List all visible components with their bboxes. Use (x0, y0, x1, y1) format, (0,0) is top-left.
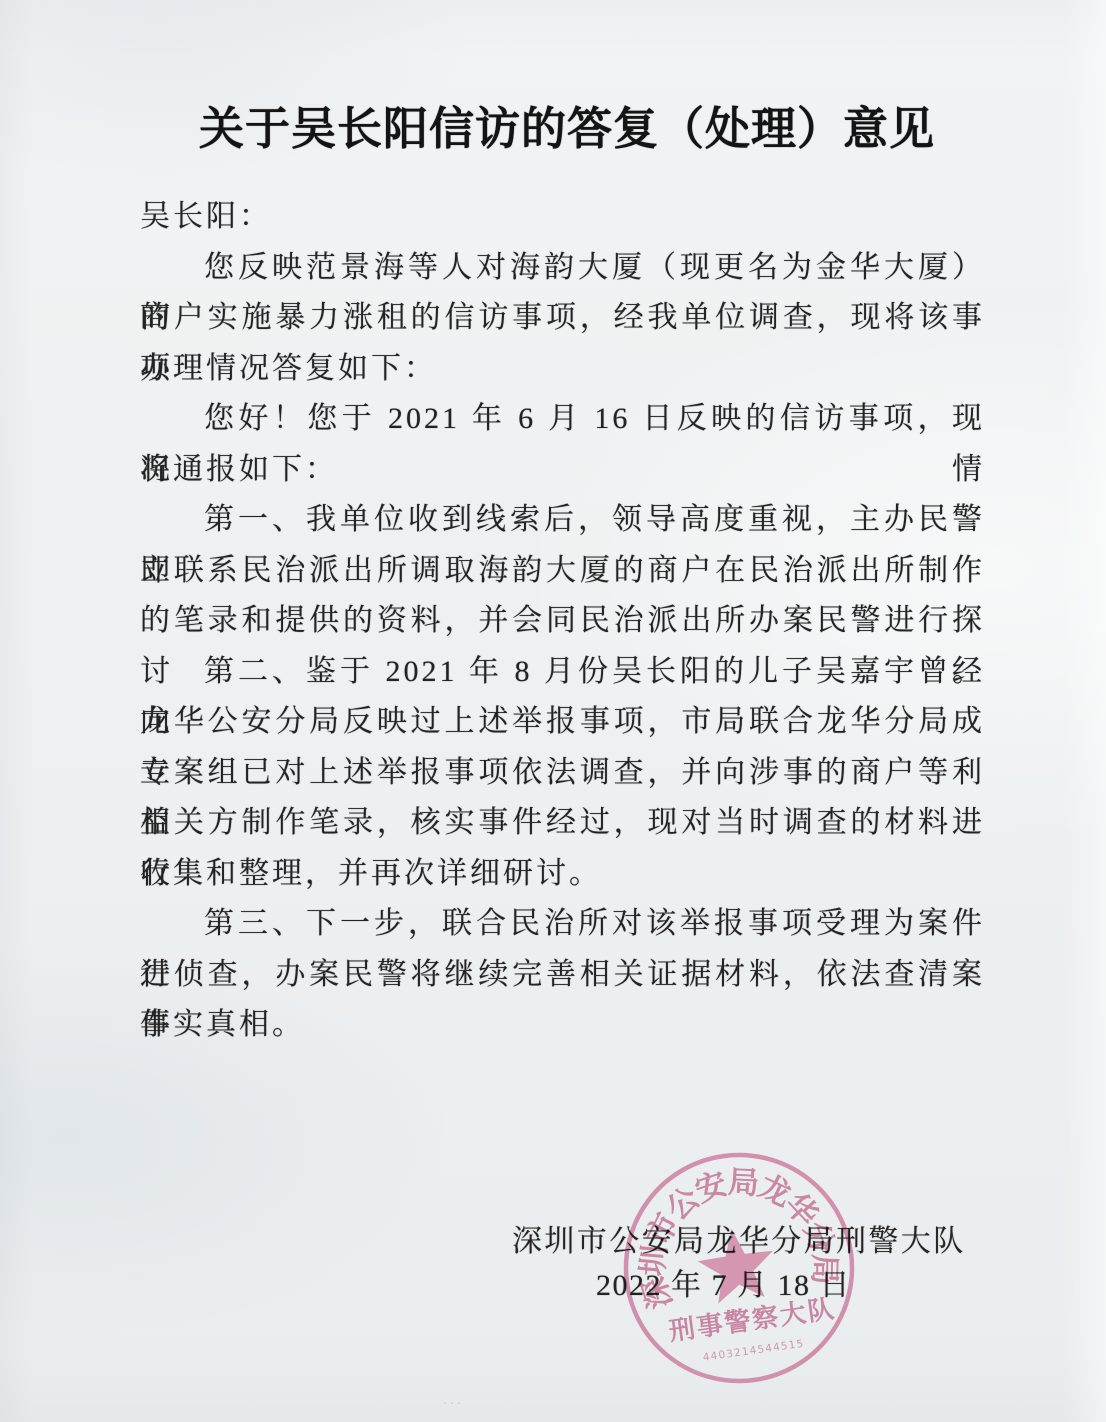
body-line: 办理情况答复如下： (140, 344, 985, 395)
signature-unit: 深圳市公安局龙华分局刑警大队 (512, 1216, 966, 1260)
body-line: 专案组已对上述举报事项依法调查，并向涉事的商户等利益 (140, 748, 985, 799)
body-line: 行侦查，办案民警将继续完善相关证据材料，依法查清案件 (140, 950, 985, 1001)
body-line: 相关方制作笔录，核实事件经过，现对当时调查的材料进行 (140, 798, 985, 849)
scan-artifact-dots: ··· (443, 1396, 464, 1411)
seal-code: 4403214544515 (702, 1338, 805, 1364)
seal-ring-char: 安 (691, 1166, 732, 1209)
document-body: 吴长阳： 您反映范景海等人对海韵大厦（现更名为金华大厦）的 商户实施暴力涨租的信… (140, 192, 985, 1051)
body-line: 商户实施暴力涨租的信访事项，经我单位调查，现将该事项 (140, 293, 985, 344)
body-line: 龙华公安分局反映过上述举报事项，市局联合龙华分局成立 (140, 697, 985, 748)
document-title: 关于吴长阳信访的答复（处理）意见 (14, 92, 1106, 157)
body-line: 第二、鉴于 2021 年 8 月份吴长阳的儿子吴嘉宇曾经向 (140, 647, 985, 698)
signature-date: 2022 年 7 月 18 日 (596, 1260, 851, 1304)
body-line: 即联系民治派出所调取海韵大厦的商户在民治派出所制作 (140, 546, 985, 597)
body-line: 第一、我单位收到线索后，领导高度重视，主办民警立 (140, 495, 985, 546)
salutation: 吴长阳： (140, 192, 985, 243)
body-line: 的笔录和提供的资料，并会同民治派出所办案民警进行探讨。 (140, 596, 985, 647)
body-line: 收集和整理，并再次详细研讨。 (140, 849, 985, 900)
seal-ring-char: 局 (727, 1164, 760, 1201)
seal-ring-char: 龙 (754, 1168, 797, 1213)
body-line: 您好！您于 2021 年 6 月 16 日反映的信访事项，现将情 (140, 394, 985, 445)
scanned-document-page: 关于吴长阳信访的答复（处理）意见 吴长阳： 您反映范景海等人对海韵大厦（现更名为… (0, 0, 1106, 1422)
body-line: 事实真相。 (140, 1000, 985, 1051)
body-line: 第三、下一步，联合民治所对该举报事项受理为案件进 (140, 899, 985, 950)
body-line: 您反映范景海等人对海韵大厦（现更名为金华大厦）的 (140, 243, 985, 294)
